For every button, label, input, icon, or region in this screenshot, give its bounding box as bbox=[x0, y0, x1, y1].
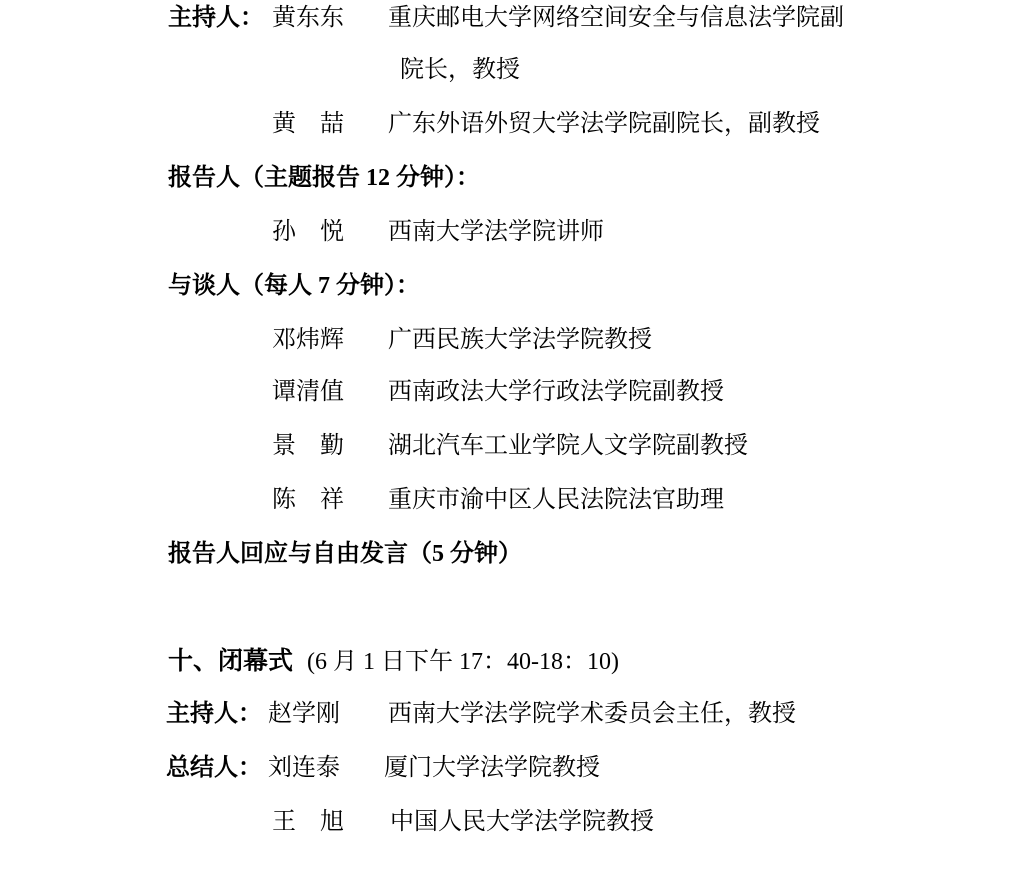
summarizer-name: 王 旭 bbox=[272, 807, 344, 837]
closing-ceremony-title: 十、闭幕式 bbox=[168, 648, 293, 675]
closing-host-affiliation: 西南大学法学院学术委员会主任，教授 bbox=[388, 699, 796, 729]
host-name: 黄 喆 bbox=[272, 109, 344, 139]
host-affiliation: 广东外语外贸大学法学院副院长，副教授 bbox=[388, 109, 820, 139]
response-label: 报告人回应与自由发言（5 分钟） bbox=[168, 539, 522, 569]
discussant-affiliation: 西南政法大学行政法学院副教授 bbox=[388, 377, 724, 407]
discussant-name: 景 勤 bbox=[272, 431, 344, 461]
closing-host-name: 赵学刚 bbox=[268, 699, 340, 729]
reporter-affiliation: 西南大学法学院讲师 bbox=[388, 217, 604, 247]
discussant-affiliation: 广西民族大学法学院教授 bbox=[388, 325, 652, 355]
discussant-affiliation: 湖北汽车工业学院人文学院副教授 bbox=[388, 431, 748, 461]
closing-ceremony-heading: 十、闭幕式 (6 月 1 日下午 17：40-18：10) bbox=[168, 647, 619, 677]
discussant-name: 陈 祥 bbox=[272, 485, 344, 515]
host-label: 主持人： bbox=[168, 5, 264, 31]
discussant-name: 邓炜辉 bbox=[272, 325, 344, 355]
host-affiliation-continued: 院长，教授 bbox=[400, 55, 520, 85]
host-name: 黄东东 bbox=[272, 3, 344, 33]
host-affiliation: 重庆邮电大学网络空间安全与信息法学院副 bbox=[388, 3, 844, 33]
closing-ceremony-time: (6 月 1 日下午 17：40-18：10) bbox=[307, 649, 619, 675]
host-row-1: 主持人： bbox=[168, 3, 264, 33]
summarizer-label: 总结人： bbox=[166, 753, 262, 783]
summarizer-affiliation: 厦门大学法学院教授 bbox=[384, 753, 600, 783]
discussant-affiliation: 重庆市渝中区人民法院法官助理 bbox=[388, 485, 724, 515]
summarizer-affiliation: 中国人民大学法学院教授 bbox=[390, 807, 654, 837]
reporter-name: 孙 悦 bbox=[272, 217, 344, 247]
summarizer-name: 刘连泰 bbox=[268, 753, 340, 783]
discussant-name: 谭清值 bbox=[272, 377, 344, 407]
closing-host-label: 主持人： bbox=[166, 699, 262, 729]
discussant-label: 与谈人（每人 7 分钟）： bbox=[168, 271, 420, 301]
reporter-label: 报告人（主题报告 12 分钟）： bbox=[168, 163, 480, 193]
